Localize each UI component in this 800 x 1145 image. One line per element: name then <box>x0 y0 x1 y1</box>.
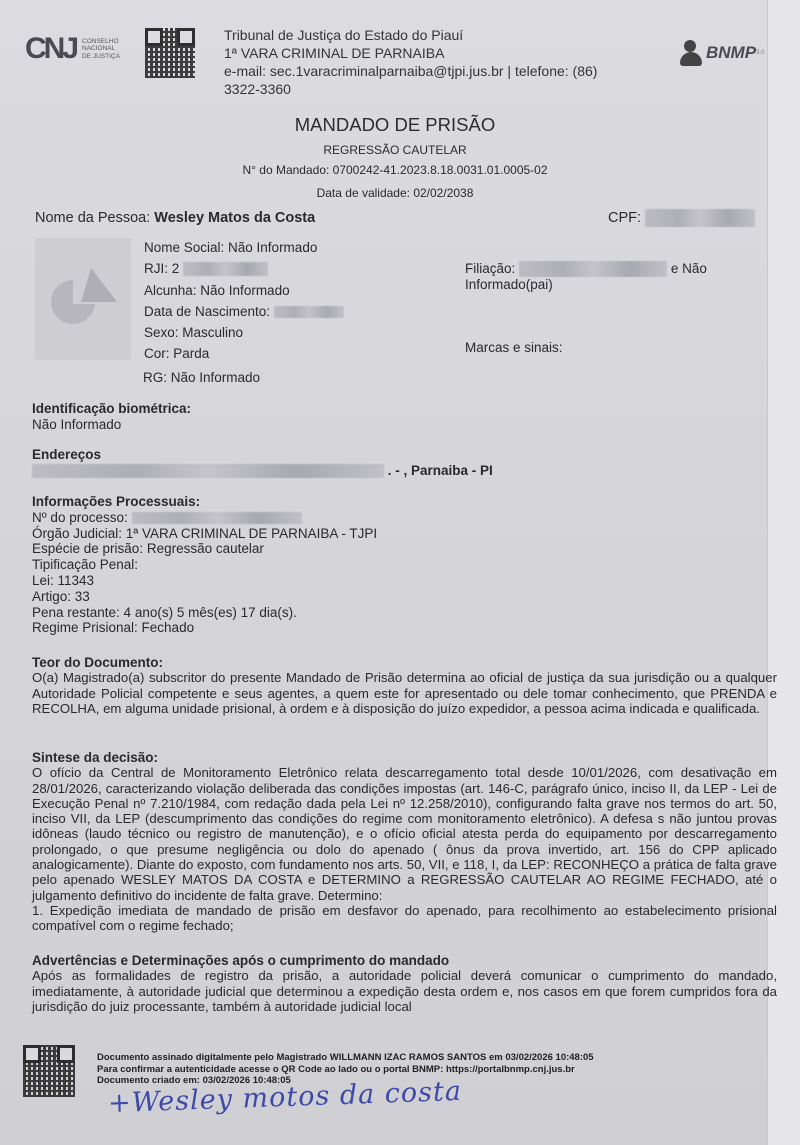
process-section: Informações Processuais: Nº do processo:… <box>32 494 377 636</box>
placeholder-image-icon <box>47 268 119 328</box>
redacted-process-number <box>132 512 302 524</box>
filiation-row: Filiação: e Não <box>465 261 707 277</box>
person-icon <box>680 40 702 66</box>
person-name-row: Nome da Pessoa: Wesley Matos da Costa <box>35 210 315 226</box>
sintese-item: 1. Expedição imediata de mandado de pris… <box>32 903 777 934</box>
sex: Sexo: Masculino <box>144 325 243 340</box>
process-line: Artigo: 33 <box>32 589 377 605</box>
cnj-logo: CNJ Conselho Nacional de Justiça <box>25 32 120 66</box>
redacted-birthdate <box>274 306 344 318</box>
address-section: Endereços . - , Parnaiba - PI <box>32 447 493 479</box>
sintese-text: O ofício da Central de Monitoramento Ele… <box>32 765 777 903</box>
bnmp-logo: BNMP 3.0 <box>680 40 764 66</box>
social-name: Nome Social: Não Informado <box>144 240 317 255</box>
nickname: Alcunha: Não Informado <box>144 283 290 298</box>
cpf-row: CPF: <box>608 209 755 227</box>
redacted-cpf <box>645 209 755 227</box>
marks-label: Marcas e sinais: <box>465 340 563 355</box>
process-line: Regime Prisional: Fechado <box>32 620 377 636</box>
document-title: MANDADO DE PRISÃO <box>0 114 790 136</box>
process-line: Pena restante: 4 ano(s) 5 mês(es) 17 dia… <box>32 605 377 621</box>
process-line: Espécie de prisão: Regressão cautelar <box>32 541 377 557</box>
person-name: Wesley Matos da Costa <box>154 210 315 226</box>
cnj-logo-text: Conselho Nacional de Justiça <box>82 38 120 61</box>
qr-code-icon[interactable] <box>145 28 195 78</box>
warrant-page: CNJ Conselho Nacional de Justiça Tribuna… <box>0 0 800 1145</box>
redacted-address <box>32 464 384 478</box>
biometric-section: Identificação biométrica: Não Informado <box>32 401 191 433</box>
process-line: Lei: 11343 <box>32 573 377 589</box>
filiation-father: Informado(pai) <box>465 277 553 292</box>
rg: RG: Não Informado <box>143 370 260 385</box>
rji-row: RJI: 2 <box>144 261 268 276</box>
redacted-filiation <box>519 261 667 277</box>
court-vara: 1ª VARA CRIMINAL DE PARNAIBA <box>224 44 597 62</box>
teor-section: Teor do Documento: O(a) Magistrado(a) su… <box>32 655 777 716</box>
process-line: Órgão Judicial: 1ª VARA CRIMINAL DE PARN… <box>32 526 377 542</box>
birth-row: Data de Nascimento: <box>144 304 344 319</box>
court-phone: 3322-3360 <box>224 80 597 98</box>
sintese-section: Sintese da decisão: O ofício da Central … <box>32 750 777 934</box>
teor-text: O(a) Magistrado(a) subscritor do present… <box>32 670 777 716</box>
warrant-number: N° do Mandado: 0700242-41.2023.8.18.0031… <box>0 163 790 177</box>
document-subtitle: REGRESSÃO CAUTELAR <box>0 143 790 157</box>
court-contact: e-mail: sec.1varacriminalparnaiba@tjpi.j… <box>224 62 597 80</box>
skin-color: Cor: Parda <box>144 346 209 361</box>
validity-date: Data de validade: 02/02/2038 <box>0 186 790 200</box>
cnj-logo-mark: CNJ <box>25 32 76 66</box>
person-photo-placeholder <box>35 238 131 360</box>
redacted-rji <box>183 262 268 276</box>
court-name: Tribunal de Justiça do Estado do Piauí <box>224 26 597 44</box>
advertencias-text: Após as formalidades de registro da pris… <box>32 968 777 1014</box>
process-line: Tipificação Penal: <box>32 557 377 573</box>
qr-code-authentication-icon[interactable] <box>23 1045 75 1097</box>
court-header: Tribunal de Justiça do Estado do Piauí 1… <box>224 26 597 98</box>
advertencias-section: Advertências e Determinações após o cump… <box>32 953 777 1014</box>
